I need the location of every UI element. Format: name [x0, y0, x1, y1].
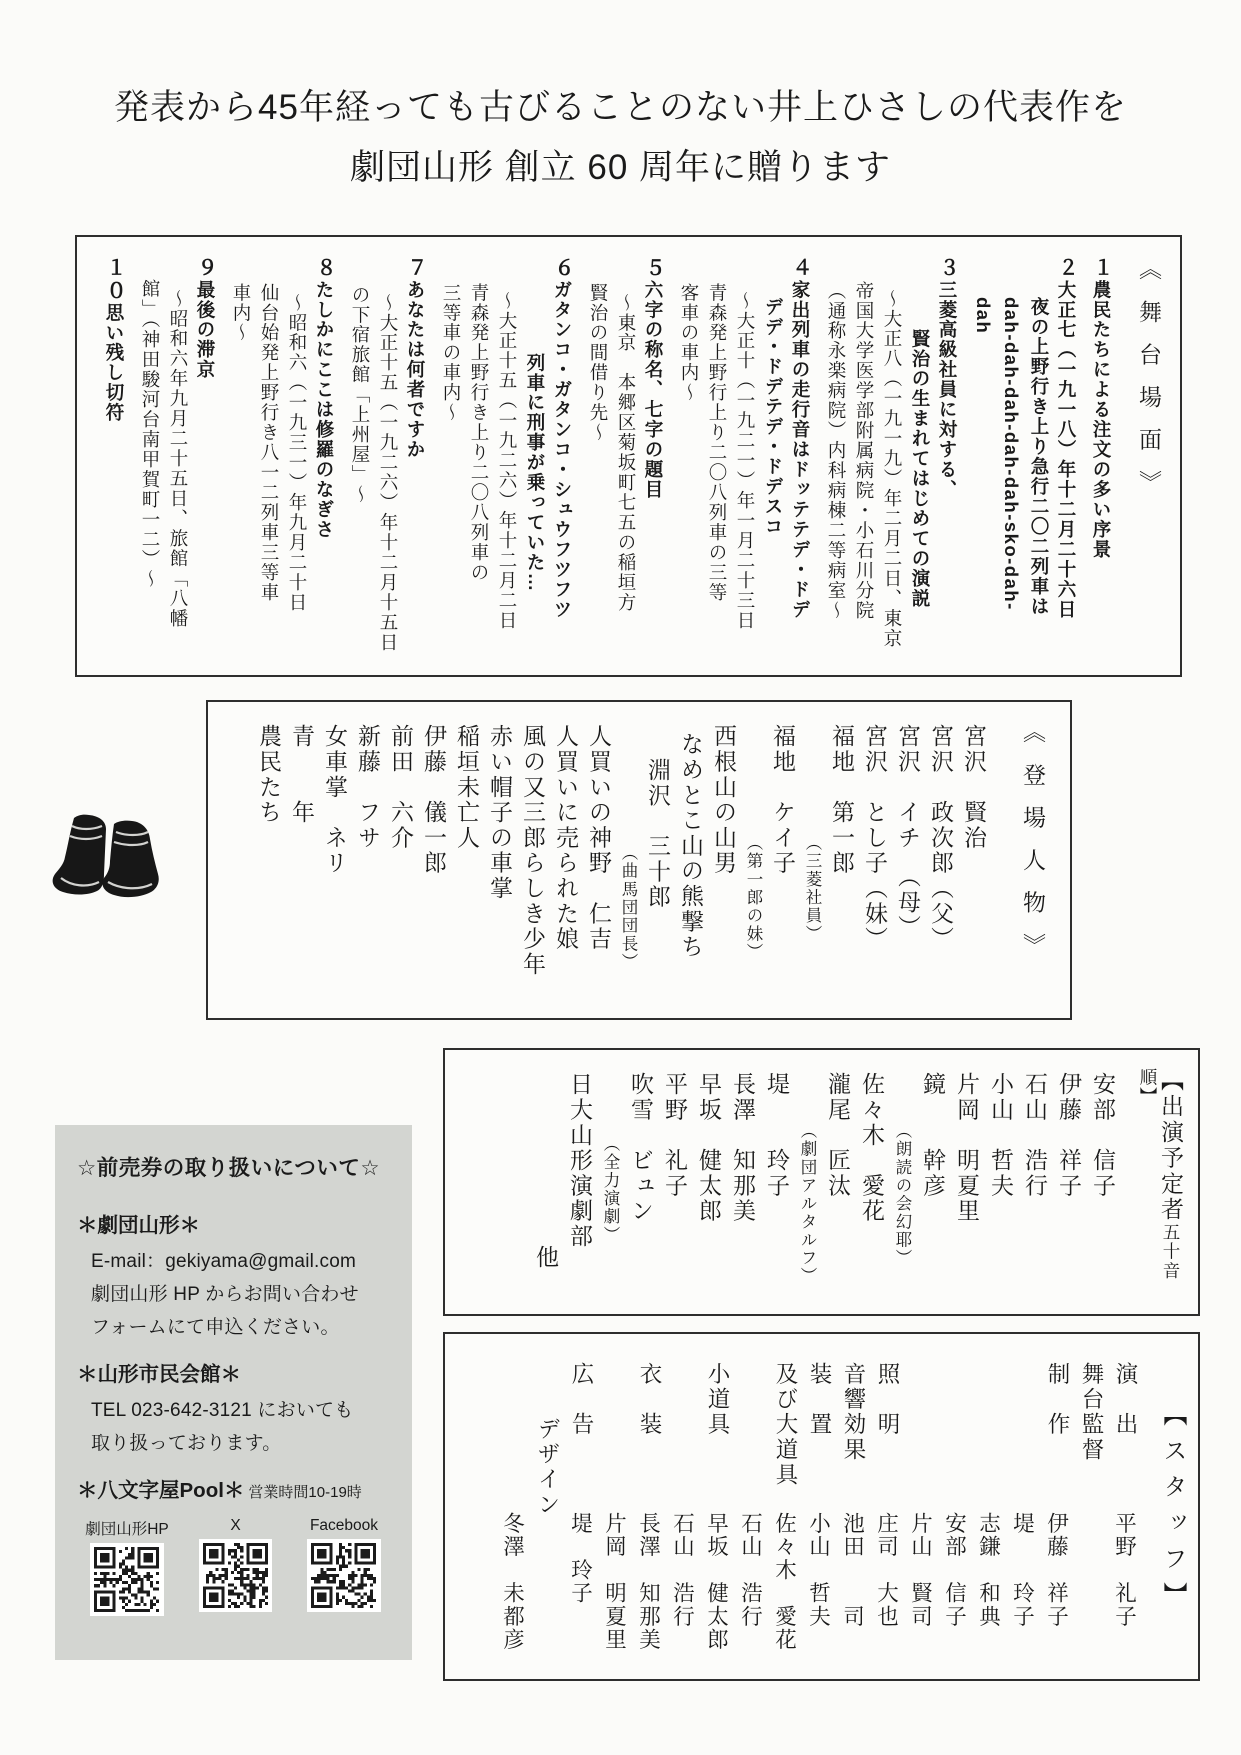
performer-name: 平野 礼子	[652, 1060, 686, 1304]
qr-code	[90, 1543, 163, 1616]
staff-name: 池田 司	[838, 1512, 869, 1628]
scene-title-text: 家出列車の走行音はドッテテデ・ドデ	[790, 280, 811, 620]
character-name: 青 年	[280, 714, 313, 1006]
scene-line-column: 青森発上野行き上り二〇八列車の	[460, 253, 488, 661]
staff-role: 制 作	[1041, 1362, 1073, 1438]
performer-name: 伊藤 祥子	[1046, 1060, 1080, 1304]
qr-item: X	[188, 1517, 284, 1616]
staff-column: 石山 浩行	[734, 1342, 768, 1671]
performer-name: 他	[523, 1060, 557, 1304]
performer-name: 佐々木 愛花	[849, 1060, 883, 1304]
performer-note: （劇団アルタルフ）	[788, 1060, 815, 1304]
staff-column: 及び大道具佐々木 愛花	[768, 1342, 802, 1671]
character-name: 稲垣未亡人	[445, 714, 478, 1006]
staff-name: 石山 浩行	[736, 1512, 767, 1628]
scene-line-column: 青森発上野行上り二〇八列車の三等	[698, 253, 726, 661]
staff-column: 片山 賢司	[904, 1342, 938, 1671]
staff-name: 伊藤 祥子	[1042, 1512, 1073, 1628]
flyer-page: 発表から45年経っても古びることのない井上ひさしの代表作を 劇団山形 創立 60…	[0, 0, 1241, 1755]
staff-name: 石山 浩行	[668, 1512, 699, 1628]
scene-title-text: 六字の称名、七字の題目	[643, 280, 664, 500]
scene-title-column: ８たしかにここは修羅のなぎさ	[306, 253, 334, 661]
scene-title-column: ９最後の滞京	[187, 253, 215, 661]
scene-line-column: 列車に刑事が乗っていた…	[516, 253, 544, 661]
staff-column: 志鎌 和典	[972, 1342, 1006, 1671]
scene-title-text: あなたは何者ですか	[405, 280, 426, 460]
qr-code	[307, 1539, 380, 1612]
performer-name: 安部 信子	[1080, 1060, 1114, 1304]
performer-name: 吹雪 ビュン	[618, 1060, 652, 1304]
scene-number: ７	[404, 257, 426, 280]
characters-list: 宮沢 賢治宮沢 政次郎（父）宮沢 イチ （母）宮沢 とし子（妹）福地 第一郎（三…	[218, 714, 985, 1006]
performer-name: 鏡 幹彦	[910, 1060, 944, 1304]
staff-role: 舞台監督	[1075, 1362, 1107, 1463]
staff-name: 冬澤 未都彦	[498, 1512, 529, 1651]
shop-hours: 営業時間10-19時	[248, 1484, 361, 1501]
staff-name: 志鎌 和典	[974, 1512, 1005, 1628]
performers-title-main: 【出演予定者	[1158, 1068, 1184, 1223]
staff-name: 早坂 健太郎	[702, 1512, 733, 1651]
staff-column: 小道具早坂 健太郎	[700, 1342, 734, 1671]
scene-line-column: 賢治の間借り先～	[579, 253, 607, 661]
scene-line-column: の下宿旅館「上州屋」～	[341, 253, 369, 661]
scene-line-column: dah	[964, 253, 992, 661]
staff-role: 及び大道具	[769, 1362, 801, 1488]
scene-group: ５六字の称名、七字の題目～東京 本郷区菊坂町七五の稲垣方賢治の間借り先～	[579, 253, 663, 661]
scene-number: ２	[1055, 257, 1077, 280]
scene-title-text: 最後の滞京	[195, 280, 216, 380]
stage-scenes-box: 《舞台場面》 １農民たちによる注文の多い序景２大正七（一九一八）年十二月二十六日…	[75, 235, 1182, 677]
staff-role: 衣 装	[633, 1362, 665, 1438]
scene-group: ４家出列車の走行音はドッテテデ・ドデデデ・ドデテデ・ドデスコ～大正十（一九二一）…	[670, 253, 810, 661]
performers-list: 安部 信子伊藤 祥子石山 浩行小山 哲夫片岡 明夏里鏡 幹彦（朗読の会幻耶）佐々…	[453, 1060, 1114, 1304]
characters-box: 《登場人物》 宮沢 賢治宮沢 政次郎（父）宮沢 イチ （母）宮沢 とし子（妹）福…	[206, 700, 1072, 1020]
ticket-info-panel: ☆前売券の取り扱いについて☆ ＊劇団山形＊ E-mail：gekiyama@gm…	[55, 1125, 412, 1660]
scene-group: ９最後の滞京～昭和六年九月二十五日、旅館「八幡館」（神田駿河台南甲賀町一二）～	[131, 253, 215, 661]
character-name: 宮沢 賢治	[952, 714, 985, 1006]
shop-name: ＊八文字屋Pool＊	[77, 1479, 244, 1502]
character-name: 風の又三郎らしき少年	[511, 714, 544, 1006]
scene-title-text: 三菱高級社員に対する、	[937, 280, 958, 500]
troupe-heading: ＊劇団山形＊	[77, 1208, 394, 1238]
qr-code	[199, 1539, 272, 1612]
character-name: 女車掌 ネリ	[313, 714, 346, 1006]
qr-label: 劇団山形HP	[85, 1517, 169, 1539]
staff-box: 【スタッフ】 演 出平野 礼子舞台監督制 作伊藤 祥子堤 玲子志鎌 和典安部 信…	[443, 1332, 1200, 1681]
qr-row: 劇団山形HPXFacebook	[77, 1517, 394, 1616]
character-name: 福地 第一郎	[820, 714, 853, 1006]
character-name: 人買いの神野 仁吉	[577, 714, 610, 1006]
character-name: なめとこ山の熊撃ち	[669, 714, 702, 1006]
scene-line-column: ～東京 本郷区菊坂町七五の稲垣方	[607, 253, 635, 661]
character-name: 伊藤 儀一郎	[412, 714, 445, 1006]
staff-role: 装 置	[803, 1362, 835, 1438]
staff-column: 衣 装長澤 知那美	[632, 1342, 666, 1671]
scene-number: ５	[642, 257, 664, 280]
hall-heading: ＊山形市民会館＊	[77, 1357, 394, 1387]
scene-title-column: ２大正七（一九一八）年十二月二十六日	[1048, 253, 1076, 661]
performer-name: 瀧尾 匠汰	[815, 1060, 849, 1304]
performer-name: 片岡 明夏里	[944, 1060, 978, 1304]
hall-phone: TEL 023-642-3121 においても	[91, 1395, 394, 1422]
scene-line-column: 夜の上野行き上り急行二〇二列車は	[1020, 253, 1048, 661]
scene-title-column: ７あなたは何者ですか	[397, 253, 425, 661]
character-name: 宮沢 とし子（妹）	[853, 714, 886, 1006]
scene-title-text: 農民たちによる注文の多い序景	[1091, 280, 1112, 560]
scene-line-column: 車内～	[222, 253, 250, 661]
character-note: （三菱社員）	[794, 714, 820, 1006]
scene-group: １０思い残し切符	[96, 253, 124, 661]
staff-column: 石山 浩行	[666, 1342, 700, 1671]
staff-role: 音響効果	[837, 1362, 869, 1463]
staff-name: 佐々木 愛花	[770, 1512, 801, 1651]
scene-number: ８	[313, 257, 335, 280]
staff-list: 演 出平野 礼子舞台監督制 作伊藤 祥子堤 玲子志鎌 和典安部 信子片山 賢司照…	[453, 1342, 1142, 1671]
performer-name: 堤 玲子	[754, 1060, 788, 1304]
qr-label: Facebook	[310, 1517, 378, 1535]
scene-line-column: デデ・ドデテデ・ドデスコ	[754, 253, 782, 661]
character-name: 前田 六介	[379, 714, 412, 1006]
scene-line-column: ～大正十（一九二一）年一月二十三日	[726, 253, 754, 661]
scene-number: １	[1090, 257, 1112, 280]
staff-column: 音響効果池田 司	[836, 1342, 870, 1671]
scene-group: １農民たちによる注文の多い序景	[1083, 253, 1111, 661]
performers-title: 【出演予定者五十音順】	[1136, 1060, 1182, 1304]
performer-note: （朗読の会幻耶）	[883, 1060, 910, 1304]
troupe-email: E-mail：gekiyama@gmail.com	[91, 1246, 394, 1273]
scene-number: ４	[789, 257, 811, 280]
scene-line-column: （通称永楽病院）内科病棟二等病室～	[817, 253, 845, 661]
character-note: （第一郎の妹）	[735, 714, 761, 1006]
scene-title-text: たしかにここは修羅のなぎさ	[314, 280, 335, 540]
characters-title: 《登場人物》	[1021, 714, 1044, 1006]
header-line2: 劇団山形 創立 60 周年に贈ります	[0, 138, 1241, 198]
character-name: 西根山の山男	[702, 714, 735, 1006]
staff-name: 片山 賢司	[906, 1512, 937, 1628]
performer-name: 石山 浩行	[1012, 1060, 1046, 1304]
staff-role: 照 明	[871, 1362, 903, 1438]
staff-column: 堤 玲子	[1006, 1342, 1040, 1671]
staff-name: 長澤 知那美	[634, 1512, 665, 1651]
scene-title-column: ５六字の称名、七字の題目	[635, 253, 663, 661]
staff-role: デザイン	[531, 1417, 563, 1518]
scene-title-column: ４家出列車の走行音はドッテテデ・ドデ	[782, 253, 810, 661]
header-line1: 発表から45年経っても古びることのない井上ひさしの代表作を	[0, 78, 1241, 138]
scene-group: ７あなたは何者ですか～大正十五（一九二六）年十二月十五日の下宿旅館「上州屋」～	[341, 253, 425, 661]
scene-line-column: 仙台始発上野行き八一二列車三等車	[250, 253, 278, 661]
scene-number: ３	[936, 257, 958, 280]
page-header: 発表から45年経っても古びることのない井上ひさしの代表作を 劇団山形 創立 60…	[0, 78, 1241, 198]
scene-group: ８たしかにここは修羅のなぎさ～昭和六（一九三一）年九月二十日仙台始発上野行き八一…	[222, 253, 334, 661]
performer-note: （全力演劇）	[591, 1060, 618, 1304]
staff-column: 冬澤 未都彦	[496, 1342, 530, 1671]
scene-title-column: ３三菱高級社員に対する、	[929, 253, 957, 661]
staff-column: デザイン	[530, 1342, 564, 1671]
scene-title-text: ガタンコ・ガタンコ・シュウフツフツ	[552, 280, 573, 620]
character-name: 福地 ケイ子	[761, 714, 794, 1006]
scene-number: ６	[551, 257, 573, 280]
staff-column: 装 置小山 哲夫	[802, 1342, 836, 1671]
stage-scenes-title: 《舞台場面》	[1137, 253, 1160, 661]
scene-line-column: dah-dah-dah-dah-dah-sko-dah-	[992, 253, 1020, 661]
staff-title: 【スタッフ】	[1160, 1342, 1184, 1671]
staff-name: 平野 礼子	[1110, 1512, 1141, 1628]
scene-line-column: 三等車の車内～	[432, 253, 460, 661]
stage-scenes-list: １農民たちによる注文の多い序景２大正七（一九一八）年十二月二十六日夜の上野行き上…	[87, 253, 1111, 661]
staff-role: 広 告	[565, 1362, 597, 1438]
ticket-info-title: ☆前売券の取り扱いについて☆	[77, 1151, 394, 1182]
staff-column: 照 明庄司 大也	[870, 1342, 904, 1671]
staff-column: 演 出平野 礼子	[1108, 1342, 1142, 1671]
staff-role: 演 出	[1109, 1362, 1141, 1438]
staff-column: 片岡 明夏里	[598, 1342, 632, 1671]
scene-number: ９	[194, 257, 216, 280]
character-name: 赤い帽子の車掌	[478, 714, 511, 1006]
boots-illustration	[50, 810, 168, 907]
character-note: （曲馬団団長）	[610, 714, 636, 1006]
staff-role: 小道具	[701, 1362, 733, 1438]
staff-column: 広 告堤 玲子	[564, 1342, 598, 1671]
scene-line-column: ～大正十五（一九二六）年十二月十五日	[369, 253, 397, 661]
staff-name: 堤 玲子	[566, 1512, 597, 1605]
scene-title-column: １０思い残し切符	[96, 253, 124, 661]
scene-title-text: 大正七（一九一八）年十二月二十六日	[1056, 280, 1077, 620]
scene-line-column: 帝国大学医学部附属病院・小石川分院	[845, 253, 873, 661]
troupe-contact-line1: 劇団山形 HP からお問い合わせ	[91, 1279, 394, 1306]
character-name: 淵沢 三十郎	[636, 714, 669, 1006]
scene-title-column: ６ガタンコ・ガタンコ・シュウフツフツ	[544, 253, 572, 661]
performer-name: 日大山形演劇部	[557, 1060, 591, 1304]
staff-column: 舞台監督	[1074, 1342, 1108, 1671]
scene-title-text: 思い残し切符	[104, 303, 125, 423]
scene-line-column: 館」（神田駿河台南甲賀町一二）～	[131, 253, 159, 661]
performer-name: 小山 哲夫	[978, 1060, 1012, 1304]
performer-name: 長澤 知那美	[720, 1060, 754, 1304]
scene-line-column: 賢治の生まれてはじめての演説	[901, 253, 929, 661]
character-name: 人買いに売られた娘	[544, 714, 577, 1006]
scene-group: ６ガタンコ・ガタンコ・シュウフツフツ列車に刑事が乗っていた…～大正十五（一九二六…	[432, 253, 572, 661]
staff-name: 安部 信子	[940, 1512, 971, 1628]
scene-line-column: ～大正八（一九一九）年二月二日、東京	[873, 253, 901, 661]
staff-column: 安部 信子	[938, 1342, 972, 1671]
staff-name: 庄司 大也	[872, 1512, 903, 1628]
scene-title-column: １農民たちによる注文の多い序景	[1083, 253, 1111, 661]
scene-group: ２大正七（一九一八）年十二月二十六日夜の上野行き上り急行二〇二列車はdah-da…	[964, 253, 1076, 661]
staff-name: 堤 玲子	[1008, 1512, 1039, 1628]
staff-name: 小山 哲夫	[804, 1512, 835, 1628]
scene-line-column: 客車の車内～	[670, 253, 698, 661]
hall-line2: 取り扱っております。	[91, 1428, 394, 1455]
shop-heading: ＊八文字屋Pool＊営業時間10-19時	[77, 1473, 394, 1503]
staff-name: 片岡 明夏里	[600, 1512, 631, 1651]
troupe-contact-line2: フォームにて申込ください。	[91, 1312, 394, 1339]
scene-group: ３三菱高級社員に対する、賢治の生まれてはじめての演説～大正八（一九一九）年二月二…	[817, 253, 957, 661]
performer-name: 早坂 健太郎	[686, 1060, 720, 1304]
qr-label: X	[230, 1517, 240, 1535]
character-name: 新藤 フサ	[346, 714, 379, 1006]
qr-item: 劇団山形HP	[79, 1517, 175, 1616]
character-name: 農民たち	[247, 714, 280, 1006]
performers-box: 【出演予定者五十音順】 安部 信子伊藤 祥子石山 浩行小山 哲夫片岡 明夏里鏡 …	[443, 1048, 1200, 1316]
scene-line-column: ～昭和六（一九三一）年九月二十日	[278, 253, 306, 661]
character-name: 宮沢 イチ （母）	[886, 714, 919, 1006]
qr-item: Facebook	[296, 1517, 392, 1616]
staff-column: 制 作伊藤 祥子	[1040, 1342, 1074, 1671]
character-name: 宮沢 政次郎（父）	[919, 714, 952, 1006]
scene-line-column: ～昭和六年九月二十五日、旅館「八幡	[159, 253, 187, 661]
scene-line-column: ～大正十五（一九二六）年十二月二日	[488, 253, 516, 661]
scene-number: １０	[103, 257, 125, 303]
